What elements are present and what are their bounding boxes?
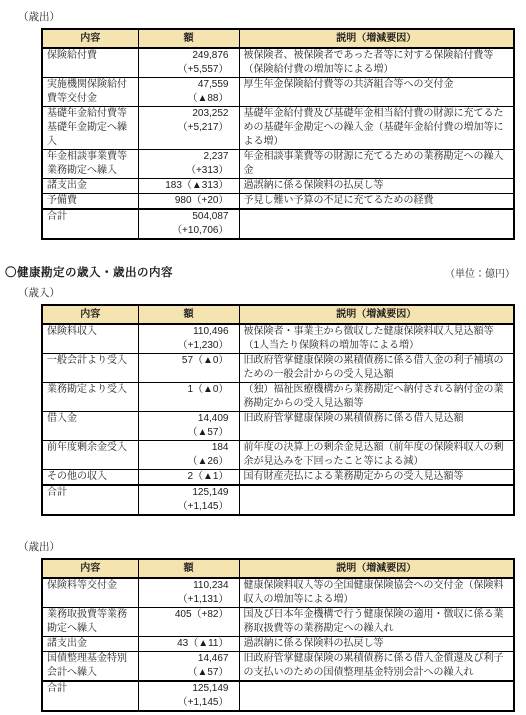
description-cell: 被保険者・事業主から徴収した健康保険料収入見込額等（1人当たり保険料の増加等によ…	[239, 324, 514, 354]
table-row: 基礎年金給付費等基礎年金勘定へ繰入203,252（+5,217）基礎年金給付費及…	[42, 107, 514, 150]
section-title-row: 〇健康勘定の歳入・歳出の内容 （単位：億円）	[5, 264, 515, 280]
table-row: 前年度剰余金受入184（▲26）前年度の決算上の剰余金見込額（前年度の保険料収入…	[42, 441, 514, 470]
item-cell: 基礎年金給付費等基礎年金勘定へ繰入	[42, 107, 138, 150]
amount-change: （▲57）	[141, 426, 229, 440]
amount-cell: 47,559（▲88）	[138, 78, 239, 107]
amount-value: 47,559	[141, 78, 229, 92]
amount-change: （+313）	[141, 164, 229, 178]
amount-cell: 110,234（+1,131）	[138, 578, 239, 608]
amount-value: 14,409	[141, 412, 229, 426]
total-row: 合計125,149（+1,145）	[42, 681, 514, 711]
table-row: 予備費980（+20）予見し難い予算の不足に充てるための経費	[42, 194, 514, 210]
amount-value: 504,087	[141, 210, 229, 224]
column-header-description: 説明（増減要因）	[239, 305, 514, 324]
table-row: 保険料収入110,496（+1,230）被保険者・事業主から徴収した健康保険料収…	[42, 324, 514, 354]
amount-value: 980（+20）	[141, 194, 229, 208]
item-cell: 保険料収入	[42, 324, 138, 354]
table-row: 諸支出金43（▲11）過誤納に係る保険料の払戻し等	[42, 637, 514, 652]
column-header-item: 内容	[42, 305, 138, 324]
header-row: 内容 額 説明（増減要因）	[42, 305, 514, 324]
amount-cell: 14,467（▲57）	[138, 652, 239, 682]
item-cell: 諸支出金	[42, 637, 138, 652]
amount-value: 110,234	[141, 579, 229, 593]
table-row: 諸支出金183（▲313）過誤納に係る保険料の払戻し等	[42, 179, 514, 194]
table-row: 借入金14,409（▲57）旧政府管掌健康保険の累積債務に係る借入見込額	[42, 412, 514, 441]
item-cell: 業務取扱費等業務勘定へ繰入	[42, 608, 138, 637]
amount-value: 2,237	[141, 150, 229, 164]
description-cell: 予見し難い予算の不足に充てるための経費	[239, 194, 514, 210]
table-row: 国債整理基金特別会計へ繰入14,467（▲57）旧政府管掌健康保険の累積債務に係…	[42, 652, 514, 682]
table-row: 業務取扱費等業務勘定へ繰入405（+82）国及び日本年金機構で行う健康保険の適用…	[42, 608, 514, 637]
unit-note: （単位：億円）	[445, 265, 515, 280]
amount-value: 125,149	[141, 682, 229, 696]
amount-change: （+1,131）	[141, 593, 229, 607]
column-header-description: 説明（増減要因）	[239, 29, 514, 48]
description-cell: 健康保険料収入等の全国健康保険協会への交付金（保険料収入の増加等による増）	[239, 578, 514, 608]
amount-change: （+10,706）	[141, 224, 229, 238]
item-cell: その他の収入	[42, 470, 138, 486]
header-row: 内容 額 説明（増減要因）	[42, 559, 514, 578]
amount-change: （▲57）	[141, 666, 229, 680]
item-cell: 保険給付費	[42, 48, 138, 78]
section-label-revenue: （歳入）	[18, 286, 515, 300]
amount-value: 183（▲313）	[141, 179, 229, 193]
amount-cell: 249,876（+5,557）	[138, 48, 239, 78]
description-cell: 前年度の決算上の剰余金見込額（前年度の保険料収入の剰余が見込みを下回ったこと等に…	[239, 441, 514, 470]
health-revenue-table: 内容 額 説明（増減要因） 保険料収入110,496（+1,230）被保険者・事…	[41, 304, 515, 516]
table-row: 保険給付費249,876（+5,557）被保険者、被保険者であった者等に対する保…	[42, 48, 514, 78]
table-row: 業務勘定より受入1（▲0）（独）福祉医療機構から業務勘定へ納付される納付金の業務…	[42, 383, 514, 412]
amount-value: 125,149	[141, 486, 229, 500]
amount-value: 110,496	[141, 325, 229, 339]
amount-cell: 125,149（+1,145）	[138, 681, 239, 711]
description-cell: 過誤納に係る保険料の払戻し等	[239, 637, 514, 652]
column-header-description: 説明（増減要因）	[239, 559, 514, 578]
amount-value: 203,252	[141, 107, 229, 121]
amount-cell: 1（▲0）	[138, 383, 239, 412]
description-cell: （独）福祉医療機構から業務勘定へ納付される納付金の業務勘定からの受入見込額等	[239, 383, 514, 412]
amount-cell: 14,409（▲57）	[138, 412, 239, 441]
description-cell	[239, 681, 514, 711]
description-cell: 過誤納に係る保険料の払戻し等	[239, 179, 514, 194]
amount-value: 1（▲0）	[141, 383, 229, 397]
amount-change: （+1,145）	[141, 696, 229, 710]
description-cell: 旧政府管掌健康保険の累積債務に係る借入見込額	[239, 412, 514, 441]
pension-expenditure-table: 内容 額 説明（増減要因） 保険給付費249,876（+5,557）被保険者、被…	[41, 28, 515, 240]
amount-cell: 2,237（+313）	[138, 150, 239, 179]
document-page: （歳出） 内容 額 説明（増減要因） 保険給付費249,876（+5,557）被…	[0, 0, 526, 712]
column-header-item: 内容	[42, 559, 138, 578]
description-cell: 国及び日本年金機構で行う健康保険の適用・徴収に係る業務取扱費等の業務勘定への繰入…	[239, 608, 514, 637]
amount-value: 249,876	[141, 49, 229, 63]
description-cell: 国有財産売払による業務勘定からの受入見込額等	[239, 470, 514, 486]
amount-change: （+5,557）	[141, 63, 229, 77]
amount-value: 405（+82）	[141, 608, 229, 622]
item-cell: 前年度剰余金受入	[42, 441, 138, 470]
item-cell: 保険料等交付金	[42, 578, 138, 608]
amount-value: 14,467	[141, 652, 229, 666]
item-cell: 予備費	[42, 194, 138, 210]
item-cell: 実施機関保険給付費等交付金	[42, 78, 138, 107]
column-header-amount: 額	[138, 305, 239, 324]
section-label-expenditure-bottom: （歳出）	[18, 540, 515, 554]
amount-cell: 980（+20）	[138, 194, 239, 210]
column-header-amount: 額	[138, 559, 239, 578]
table-row: 実施機関保険給付費等交付金47,559（▲88）厚生年金保険給付費等の共済組合等…	[42, 78, 514, 107]
column-header-amount: 額	[138, 29, 239, 48]
header-row: 内容 額 説明（増減要因）	[42, 29, 514, 48]
page-title: 〇健康勘定の歳入・歳出の内容	[5, 264, 173, 280]
amount-value: 184	[141, 441, 229, 455]
amount-value: 57（▲0）	[141, 354, 229, 368]
item-cell: 借入金	[42, 412, 138, 441]
column-header-item: 内容	[42, 29, 138, 48]
amount-cell: 405（+82）	[138, 608, 239, 637]
amount-change: （+1,145）	[141, 500, 229, 514]
item-cell: 合計	[42, 209, 138, 239]
description-cell	[239, 485, 514, 515]
table-row: 一般会計より受入57（▲0）旧政府管掌健康保険の累積債務に係る借入金の利子補填の…	[42, 354, 514, 383]
item-cell: 年金相談事業費等業務勘定へ繰入	[42, 150, 138, 179]
description-cell: 年金相談事業費等の財源に充てるための業務勘定への繰入金	[239, 150, 514, 179]
amount-value: 2（▲1）	[141, 470, 229, 484]
description-cell: 厚生年金保険給付費等の共済組合等への交付金	[239, 78, 514, 107]
amount-cell: 203,252（+5,217）	[138, 107, 239, 150]
item-cell: 合計	[42, 485, 138, 515]
total-row: 合計125,149（+1,145）	[42, 485, 514, 515]
section-label-expenditure-top: （歳出）	[18, 10, 515, 24]
amount-change: （+1,230）	[141, 339, 229, 353]
amount-value: 43（▲11）	[141, 637, 229, 651]
amount-cell: 504,087（+10,706）	[138, 209, 239, 239]
amount-cell: 43（▲11）	[138, 637, 239, 652]
item-cell: 合計	[42, 681, 138, 711]
amount-cell: 2（▲1）	[138, 470, 239, 486]
total-row: 合計504,087（+10,706）	[42, 209, 514, 239]
amount-change: （▲88）	[141, 92, 229, 106]
description-cell: 被保険者、被保険者であった者等に対する保険給付費等（保険給付費の増加等による増）	[239, 48, 514, 78]
table-row: 年金相談事業費等業務勘定へ繰入2,237（+313）年金相談事業費等の財源に充て…	[42, 150, 514, 179]
amount-cell: 57（▲0）	[138, 354, 239, 383]
health-expenditure-table: 内容 額 説明（増減要因） 保険料等交付金110,234（+1,131）健康保険…	[41, 558, 515, 712]
item-cell: 一般会計より受入	[42, 354, 138, 383]
table-row: 保険料等交付金110,234（+1,131）健康保険料収入等の全国健康保険協会へ…	[42, 578, 514, 608]
description-cell	[239, 209, 514, 239]
description-cell: 旧政府管掌健康保険の累積債務に係る借入金の利子補填のための一般会計からの受入見込…	[239, 354, 514, 383]
item-cell: 諸支出金	[42, 179, 138, 194]
amount-change: （▲26）	[141, 455, 229, 469]
item-cell: 国債整理基金特別会計へ繰入	[42, 652, 138, 682]
description-cell: 基礎年金給付費及び基礎年金相当給付費の財源に充てるための基礎年金勘定への繰入金（…	[239, 107, 514, 150]
amount-cell: 110,496（+1,230）	[138, 324, 239, 354]
amount-cell: 183（▲313）	[138, 179, 239, 194]
amount-cell: 125,149（+1,145）	[138, 485, 239, 515]
description-cell: 旧政府管掌健康保険の累積債務に係る借入金償還及び利子の支払いのための国債整理基金…	[239, 652, 514, 682]
amount-change: （+5,217）	[141, 121, 229, 135]
amount-cell: 184（▲26）	[138, 441, 239, 470]
table-row: その他の収入2（▲1）国有財産売払による業務勘定からの受入見込額等	[42, 470, 514, 486]
item-cell: 業務勘定より受入	[42, 383, 138, 412]
